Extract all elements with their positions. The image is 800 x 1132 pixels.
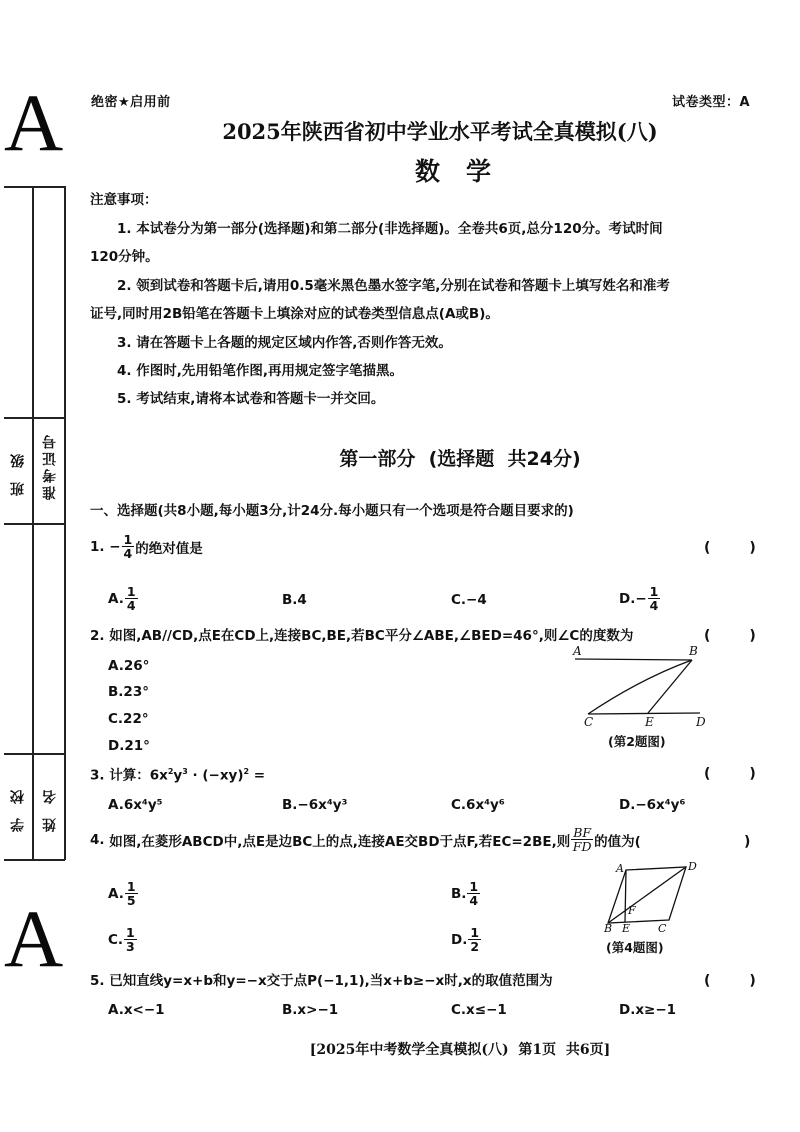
- option-text: −6x⁴y³: [297, 797, 347, 813]
- option-label: A.: [108, 797, 124, 813]
- fraction: 13: [124, 926, 137, 953]
- option-label: D.: [619, 1002, 635, 1018]
- q3-option-c[interactable]: C.6x⁴y⁶: [451, 797, 505, 813]
- question-4-figure: A D F B E C (第4题图): [600, 862, 700, 962]
- q1-option-d[interactable]: D.−14: [619, 585, 661, 612]
- point-label-c: C: [658, 922, 666, 935]
- point-label-d: D: [688, 860, 697, 873]
- exam-id-field-label: 准考证号: [40, 432, 60, 500]
- denominator: 4: [469, 894, 478, 907]
- denominator: 4: [127, 599, 136, 612]
- q5-option-b[interactable]: B.x>−1: [282, 1002, 338, 1018]
- fraction: 14: [648, 585, 661, 612]
- denominator: 4: [124, 547, 133, 560]
- denominator: 5: [127, 894, 136, 907]
- note-2-cont: 证号,同时用2B铅笔在答题卡上填涂对应的试卷类型信息点(A或B)。: [90, 308, 499, 322]
- q5-option-a[interactable]: A.x<−1: [108, 1002, 165, 1018]
- answer-blank-1[interactable]: ( ): [704, 540, 756, 556]
- q3-option-a[interactable]: A.6x⁴y⁵: [108, 797, 163, 813]
- point-label-a: A: [616, 862, 624, 875]
- option-text: 26°: [124, 658, 150, 674]
- question-number: 1.: [90, 539, 105, 555]
- q3-option-d[interactable]: D.−6x⁴y⁶: [619, 797, 685, 813]
- option-text: x≤−1: [466, 1002, 507, 1018]
- school-field-label: 学校: [8, 776, 28, 832]
- option-label: C.: [451, 592, 466, 608]
- note-2: 2. 领到试卷和答题卡后,请用0.5毫米黑色墨水签字笔,分别在试卷和答题卡上填写…: [117, 280, 670, 294]
- option-label: B.: [282, 1002, 297, 1018]
- rhombus-diagram: [600, 862, 700, 932]
- point-label-b: B: [604, 922, 612, 935]
- denominator: 3: [126, 940, 135, 953]
- note-4: 4. 作图时,先用铅笔作图,再用规定签字笔描黑。: [117, 365, 403, 379]
- question-2-figure: A B C E D (第2题图): [570, 644, 720, 749]
- option-label: B.: [282, 797, 297, 813]
- fraction: 14: [467, 880, 480, 907]
- option-text: −6x⁴y⁶: [635, 797, 685, 813]
- fraction: 15: [125, 880, 138, 907]
- answer-blank-4[interactable]: ): [744, 834, 750, 850]
- option-text: −4: [466, 592, 487, 608]
- fraction: BFFD: [571, 826, 593, 853]
- option-text: x≥−1: [635, 1002, 676, 1018]
- numerator: 1: [125, 880, 138, 894]
- stem-text: 的绝对值是: [135, 537, 203, 557]
- numerator: 1: [467, 880, 480, 894]
- confidential-label: 绝密★启用前: [91, 91, 171, 110]
- option-label: D.: [108, 738, 124, 754]
- q5-option-d[interactable]: D.x≥−1: [619, 1002, 676, 1018]
- option-text: 6x⁴y⁶: [466, 797, 505, 813]
- question-number: 2.: [90, 628, 105, 644]
- answer-blank-3[interactable]: ( ): [704, 766, 756, 782]
- stem-text: 如图,在菱形ABCD中,点E是边BC上的点,连接AE交BD于点F,若EC=2BE…: [109, 830, 570, 850]
- option-text: 22°: [123, 711, 149, 727]
- paper-type-marker-top: A: [4, 82, 63, 164]
- option-label: C.: [451, 797, 466, 813]
- option-label: C.: [108, 711, 123, 727]
- class-field-label: 班级: [8, 440, 28, 496]
- q1-option-a[interactable]: A.14: [108, 585, 139, 612]
- option-label: A.: [108, 886, 124, 902]
- figure-caption: (第4题图): [606, 938, 664, 956]
- name-input-area[interactable]: [34, 525, 64, 752]
- figure-caption: (第2题图): [608, 732, 666, 750]
- question-number: 4.: [90, 832, 105, 848]
- point-label-e: E: [645, 715, 654, 729]
- exam-title: 2025年陕西省初中学业水平考试全真模拟(八): [80, 116, 800, 146]
- note-5: 5. 考试结束,请将本试卷和答题卡一并交回。: [117, 393, 384, 407]
- point-label-a: A: [573, 644, 582, 658]
- exam-id-input-area[interactable]: [34, 188, 64, 416]
- option-label: B.: [451, 886, 466, 902]
- stem-text: 如图,AB//CD,点E在CD上,连接BC,BE,若BC平分∠ABE,∠BED=…: [109, 628, 633, 644]
- question-5-stem: 5. 已知直线y=x+b和y=−x交于点P(−1,1),当x+b≥−x时,x的取…: [90, 975, 553, 989]
- question-number: 3.: [90, 768, 105, 784]
- page-footer: [2025年中考数学全真模拟(八) 第1页 共6页]: [80, 1039, 800, 1059]
- q2-option-d[interactable]: D.21°: [108, 738, 150, 754]
- question-4-stem: 4. 如图,在菱形ABCD中,点E是边BC上的点,连接AE交BD于点F,若EC=…: [90, 826, 641, 853]
- subject-title: 数学: [80, 152, 800, 188]
- question-3-stem: 3. 计算：6x2y3 · (−xy)2 =: [90, 768, 265, 783]
- paper-type-label: 试卷类型：A: [672, 91, 750, 110]
- point-label-d: D: [696, 715, 706, 729]
- q4-option-c[interactable]: C.13: [108, 926, 138, 953]
- note-3: 3. 请在答题卡上各题的规定区域内作答,否则作答无效。: [117, 337, 452, 351]
- question-number: 5.: [90, 973, 105, 989]
- answer-blank-2[interactable]: ( ): [704, 628, 756, 644]
- numerator: 1: [122, 533, 135, 547]
- option-label: A.: [108, 1002, 124, 1018]
- paper-type-marker-bottom: A: [4, 898, 63, 980]
- denominator: 2: [470, 940, 479, 953]
- option-label: C.: [108, 932, 123, 948]
- class-input-area[interactable]: [5, 188, 32, 416]
- option-label: B.: [108, 684, 123, 700]
- part1-title: 第一部分 (选择题 共24分): [80, 444, 800, 471]
- stem-text: 计算：6x: [109, 768, 168, 784]
- point-label-b: B: [689, 644, 698, 658]
- numerator: 1: [468, 926, 481, 940]
- option-text: 6x⁴y⁵: [124, 797, 163, 813]
- denominator: FD: [573, 840, 592, 853]
- fraction: 14: [122, 533, 135, 560]
- numerator: 1: [648, 585, 661, 599]
- option-label: D.: [451, 932, 467, 948]
- option-text: 21°: [124, 738, 150, 754]
- answer-blank-5[interactable]: ( ): [704, 973, 756, 989]
- numerator: 1: [124, 926, 137, 940]
- q2-option-a[interactable]: A.26°: [108, 658, 149, 674]
- q5-option-c[interactable]: C.x≤−1: [451, 1002, 507, 1018]
- note-1-cont: 120分钟。: [90, 251, 159, 265]
- note-1: 1. 本试卷分为第一部分(选择题)和第二部分(非选择题)。全卷共6页,总分120…: [117, 223, 663, 237]
- stem-suffix: 的值为(: [594, 830, 641, 850]
- option-label: D.: [619, 591, 635, 607]
- fraction: 14: [125, 585, 138, 612]
- q2-option-b[interactable]: B.23°: [108, 684, 149, 700]
- section-heading: 一、选择题(共8小题,每小题3分,计24分.每小题只有一个选项是符合题目要求的): [90, 505, 574, 519]
- q3-option-b[interactable]: B.−6x⁴y³: [282, 797, 347, 813]
- name-field-label: 姓名: [40, 776, 60, 832]
- option-text: 23°: [123, 684, 149, 700]
- question-2-stem: 2. 如图,AB//CD,点E在CD上,连接BC,BE,若BC平分∠ABE,∠B…: [90, 630, 633, 644]
- option-text: 4: [297, 592, 306, 608]
- q2-option-c[interactable]: C.22°: [108, 711, 149, 727]
- point-label-e: E: [622, 922, 630, 935]
- point-label-f: F: [628, 904, 636, 917]
- school-input-area[interactable]: [5, 525, 32, 752]
- point-label-c: C: [584, 715, 593, 729]
- q4-option-a[interactable]: A.15: [108, 880, 139, 907]
- q4-option-d[interactable]: D.12: [451, 926, 482, 953]
- q1-option-c[interactable]: C.−4: [451, 592, 487, 608]
- minus-sign: −: [109, 539, 120, 555]
- stem-text: 已知直线y=x+b和y=−x交于点P(−1,1),当x+b≥−x时,x的取值范围…: [109, 973, 552, 989]
- numerator: 1: [125, 585, 138, 599]
- option-text: x>−1: [297, 1002, 338, 1018]
- fraction: 12: [468, 926, 481, 953]
- q1-option-b[interactable]: B.4: [282, 592, 307, 608]
- question-1-stem: 1. −14的绝对值是: [90, 533, 203, 560]
- option-label: D.: [619, 797, 635, 813]
- option-label: A.: [108, 658, 124, 674]
- option-label: B.: [282, 592, 297, 608]
- option-text: x<−1: [124, 1002, 165, 1018]
- denominator: 4: [650, 599, 659, 612]
- option-label: C.: [451, 1002, 466, 1018]
- minus-sign: −: [635, 591, 646, 607]
- option-label: A.: [108, 591, 124, 607]
- q4-option-b[interactable]: B.14: [451, 880, 481, 907]
- notes-heading: 注意事项：: [90, 194, 158, 208]
- numerator: BF: [571, 826, 593, 840]
